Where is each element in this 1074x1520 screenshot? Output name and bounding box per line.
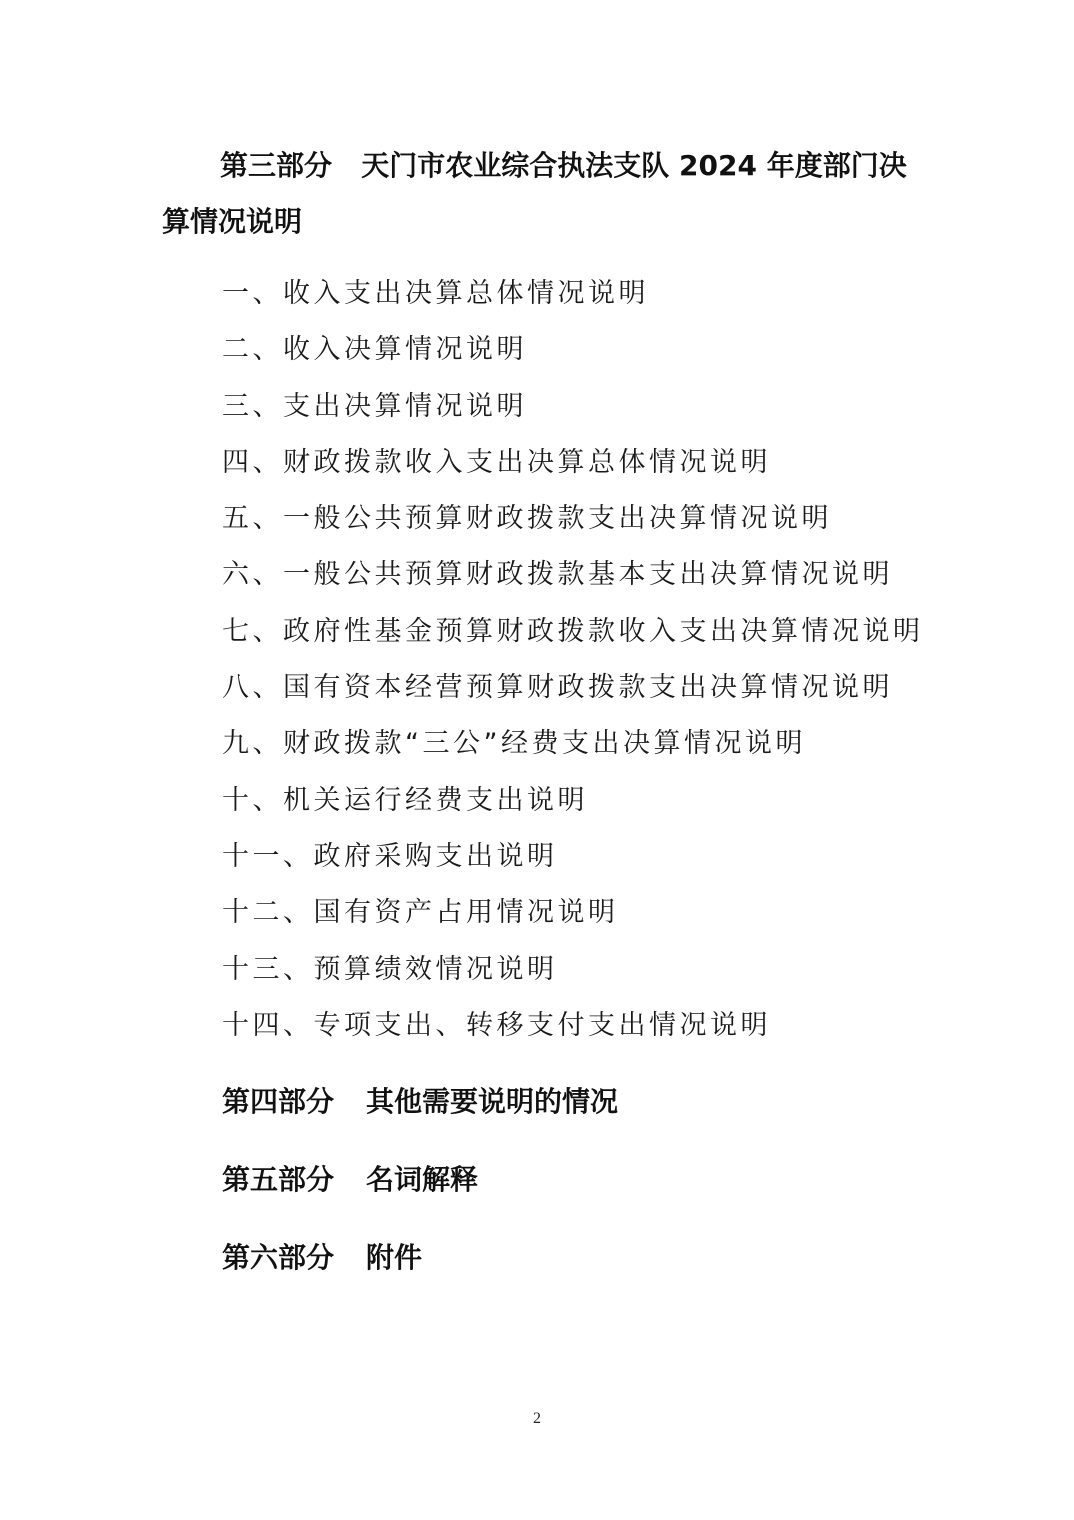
toc-item: 九、财政拨款“三公”经费支出决算情况说明	[222, 722, 924, 778]
toc-item: 十三、预算绩效情况说明	[222, 948, 924, 1004]
toc-item: 四、财政拨款收入支出决算总体情况说明	[222, 441, 924, 497]
part-label: 第五部分	[222, 1158, 366, 1202]
toc-item: 十、机关运行经费支出说明	[222, 779, 924, 835]
toc-item: 十四、专项支出、转移支付支出情况说明	[222, 1004, 924, 1060]
toc-item: 十一、政府采购支出说明	[222, 835, 924, 891]
toc-item: 二、收入决算情况说明	[222, 328, 924, 384]
toc-item: 五、一般公共预算财政拨款支出决算情况说明	[222, 497, 924, 553]
part-text: 名词解释	[366, 1163, 478, 1196]
part-heading: 第四部分其他需要说明的情况	[222, 1080, 618, 1158]
part-label: 第六部分	[222, 1236, 366, 1280]
document-page: 第三部分 天门市农业综合执法支队 2024 年度部门决算情况说明 一、收入支出决…	[0, 0, 1074, 1520]
toc-item: 七、政府性基金预算财政拨款收入支出决算情况说明	[222, 610, 924, 666]
section-title-part-label: 第三部分	[220, 149, 332, 182]
part-heading: 第六部分附件	[222, 1236, 618, 1314]
table-of-contents: 一、收入支出决算总体情况说明 二、收入决算情况说明 三、支出决算情况说明 四、财…	[222, 272, 924, 1060]
section-title: 第三部分 天门市农业综合执法支队 2024 年度部门决算情况说明	[162, 138, 922, 250]
toc-item: 六、一般公共预算财政拨款基本支出决算情况说明	[222, 553, 924, 609]
page-number: 2	[0, 1410, 1074, 1428]
part-text: 附件	[366, 1241, 422, 1274]
toc-item: 一、收入支出决算总体情况说明	[222, 272, 924, 328]
toc-item: 十二、国有资产占用情况说明	[222, 891, 924, 947]
part-text: 其他需要说明的情况	[366, 1085, 618, 1118]
toc-item: 三、支出决算情况说明	[222, 385, 924, 441]
part-heading: 第五部分名词解释	[222, 1158, 618, 1236]
part-headings: 第四部分其他需要说明的情况 第五部分名词解释 第六部分附件	[222, 1080, 618, 1314]
part-label: 第四部分	[222, 1080, 366, 1124]
toc-item: 八、国有资本经营预算财政拨款支出决算情况说明	[222, 666, 924, 722]
